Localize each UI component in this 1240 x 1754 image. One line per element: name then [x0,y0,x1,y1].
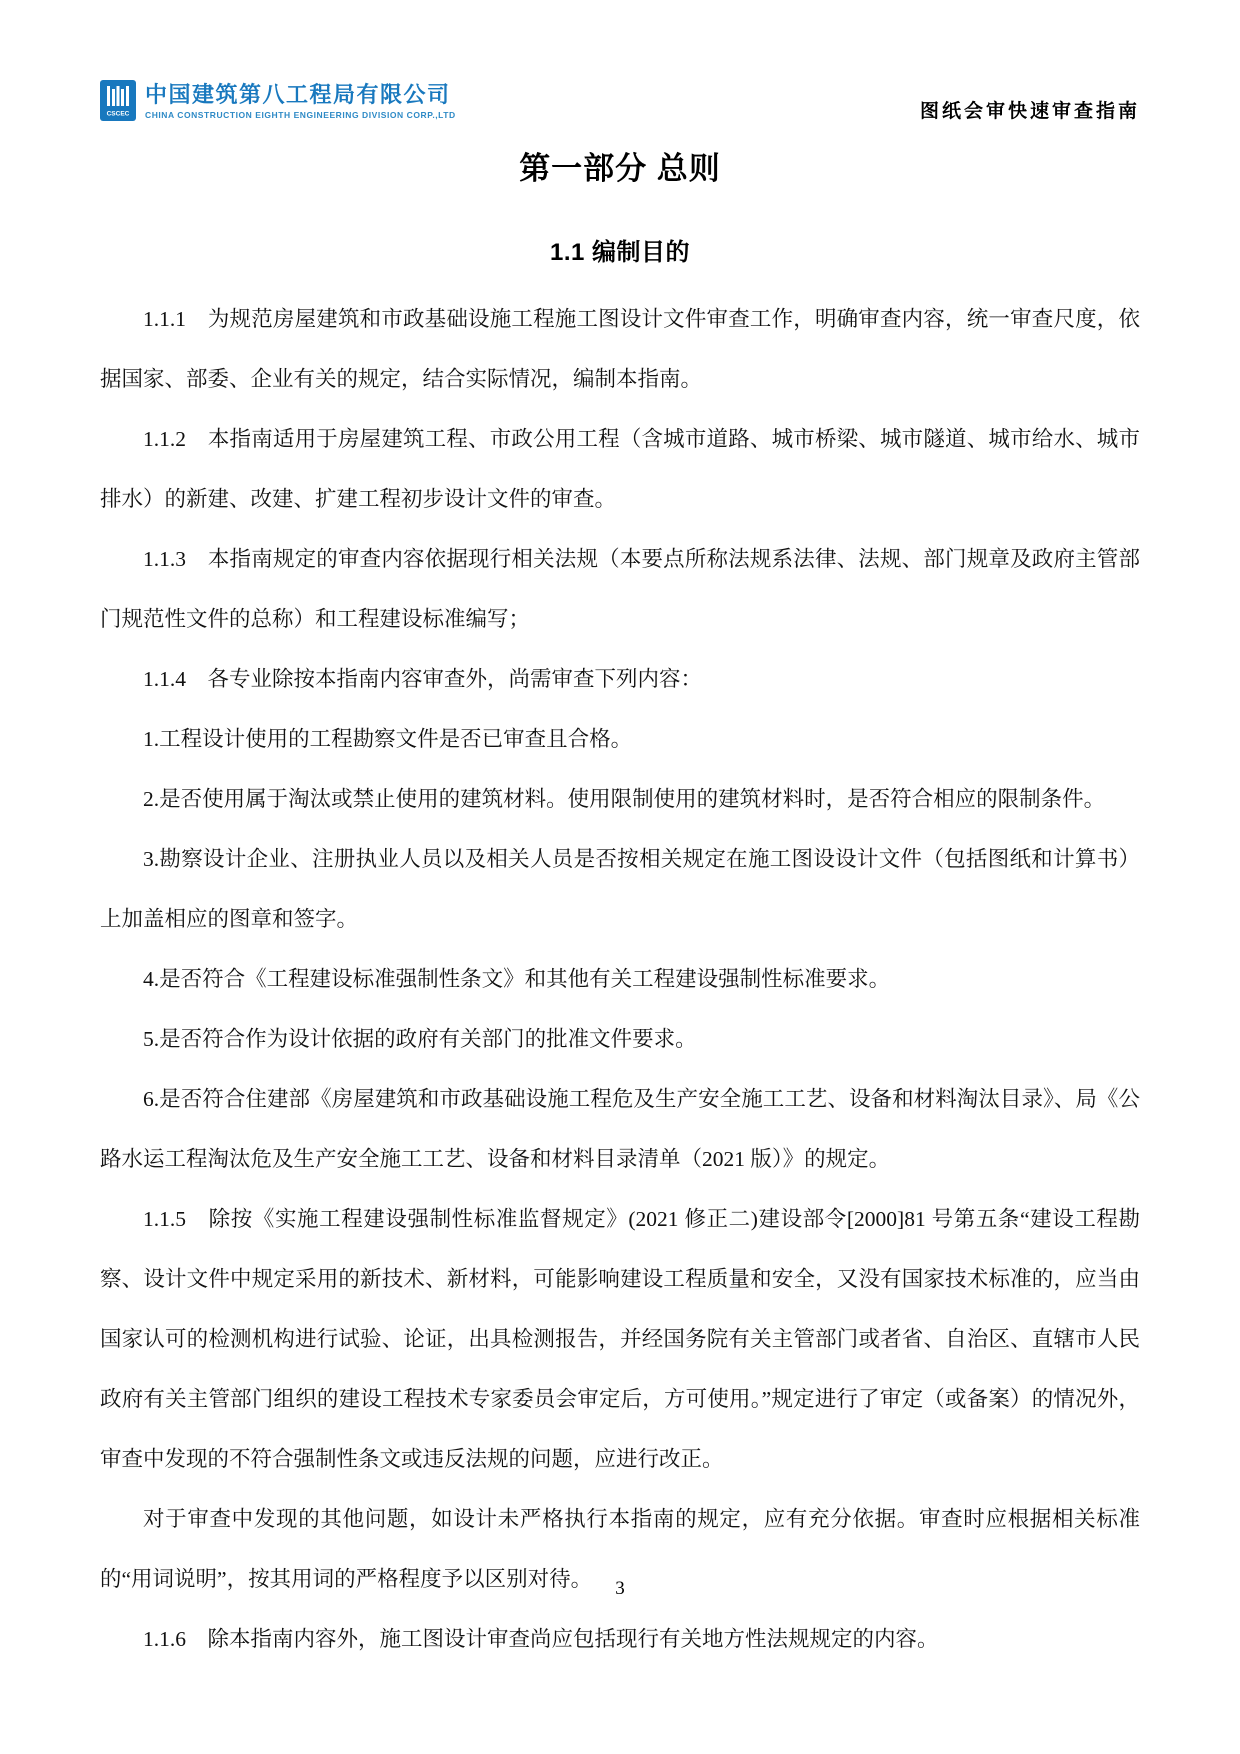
paragraph: 1.1.3 本指南规定的审查内容依据现行相关法规（本要点所称法规系法律、法规、部… [100,529,1140,649]
paragraph: 1.1.1 为规范房屋建筑和市政基础设施工程施工图设计文件审查工作，明确审查内容… [100,289,1140,409]
company-name-en: CHINA CONSTRUCTION EIGHTH ENGINEERING DI… [145,110,456,120]
page-number: 3 [0,1578,1240,1600]
list-item: 3.勘察设计企业、注册执业人员以及相关人员是否按相关规定在施工图设设计文件（包括… [100,829,1140,949]
body-text: 1.1.1 为规范房屋建筑和市政基础设施工程施工图设计文件审查工作，明确审查内容… [100,289,1140,1669]
list-item: 5.是否符合作为设计依据的政府有关部门的批准文件要求。 [100,1009,1140,1069]
section-title: 1.1 编制目的 [100,232,1140,267]
paragraph: 1.1.2 本指南适用于房屋建筑工程、市政公用工程（含城市道路、城市桥梁、城市隧… [100,409,1140,529]
paragraph: 1.1.5 除按《实施工程建设强制性标准监督规定》(2021 修正二)建设部令[… [100,1189,1140,1489]
page-header: CSCEC 中国建筑第八工程局有限公司 CHINA CONSTRUCTION E… [100,80,1140,123]
company-name-block: 中国建筑第八工程局有限公司 CHINA CONSTRUCTION EIGHTH … [145,82,456,120]
list-item: 2.是否使用属于淘汰或禁止使用的建筑材料。使用限制使用的建筑材料时，是否符合相应… [100,769,1140,829]
cscec-logo-icon: CSCEC [100,80,136,121]
list-item: 4.是否符合《工程建设标准强制性条文》和其他有关工程建设强制性标准要求。 [100,949,1140,1009]
svg-text:CSCEC: CSCEC [107,111,130,118]
company-logo: CSCEC 中国建筑第八工程局有限公司 CHINA CONSTRUCTION E… [100,80,456,121]
paragraph: 1.1.4 各专业除按本指南内容审查外，尚需审查下列内容： [100,649,1140,709]
company-name-cn: 中国建筑第八工程局有限公司 [145,82,456,108]
part-title: 第一部分 总则 [100,143,1140,188]
document-page: CSCEC 中国建筑第八工程局有限公司 CHINA CONSTRUCTION E… [0,0,1240,1754]
paragraph: 1.1.6 除本指南内容外，施工图设计审查尚应包括现行有关地方性法规规定的内容。 [100,1609,1140,1669]
list-item: 1.工程设计使用的工程勘察文件是否已审查且合格。 [100,709,1140,769]
document-header-title: 图纸会审快速审查指南 [920,96,1140,123]
list-item: 6.是否符合住建部《房屋建筑和市政基础设施工程危及生产安全施工工艺、设备和材料淘… [100,1069,1140,1189]
